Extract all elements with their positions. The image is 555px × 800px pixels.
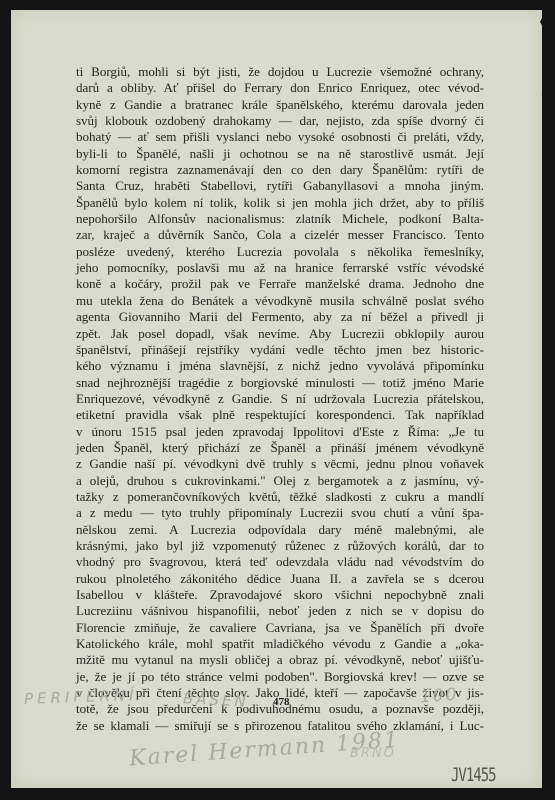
text-line: španělství, přinášejí rejstříky vydání v… xyxy=(76,342,484,358)
text-line: zpět. Jak posel dopadl, však nevíme. Aby… xyxy=(76,326,484,342)
page-number: 478 xyxy=(273,696,290,708)
text-line: koně a kočáry, prožil pak ve Ferraře man… xyxy=(76,276,484,292)
text-line: Katolického krále, mohl spatřit mladičké… xyxy=(76,636,484,652)
text-line: etiketní pravidla však plně respektující… xyxy=(76,407,484,423)
text-line: ti Borgiů, mohli si být jisti, že dojdou… xyxy=(76,64,484,80)
text-line: kého významu i jména slavnější, z nichž … xyxy=(76,358,484,374)
text-line: a olejů, druhou s cukrovinkami." Olej z … xyxy=(76,473,484,489)
text-line: a z medu — tyto truhly připomínaly Lucre… xyxy=(76,505,484,521)
text-line: byli-li to Španělé, našli ji ochotnou se… xyxy=(76,146,484,162)
text-line: z Gandie naší pí. vévodkyni dvě truhly s… xyxy=(76,456,484,472)
text-line: jeho pomocníky, poslavši mu až na hranic… xyxy=(76,260,484,276)
text-line: Santa Cruz, hraběti Stabellovi, rytíři G… xyxy=(76,178,484,194)
text-line: Isabellou v klášteře. Zpravodajové skoro… xyxy=(76,587,484,603)
text-line: vhodný pro švagrovou, která teď odevzdal… xyxy=(76,554,484,570)
text-line: darů a obliby. Ať přišel do Ferrary don … xyxy=(76,80,484,96)
text-line: Enriquezové, vévodkyně z Gandie. S ní ud… xyxy=(76,391,484,407)
text-line: svůj klobouk ozdobený drahokamy — dar, n… xyxy=(76,113,484,129)
text-line: zar, kraječ a důvěrník Sančo, Cola a ciz… xyxy=(76,227,484,243)
archive-stamp: JV1455 xyxy=(451,766,496,787)
text-line: že se klamali — smiřují se s přirozenou … xyxy=(76,718,484,734)
text-line: jeden Španěl, který přichází ze Španěl a… xyxy=(76,440,484,456)
handwritten-title-right: BÁSEŇ xyxy=(183,689,250,710)
text-line: agenta Giovanniho Marii del Fermento, ab… xyxy=(76,309,484,325)
text-line: krásnými, jako byl již vzpomenutý růžene… xyxy=(76,538,484,554)
text-line: mu utekla žena do Benátek a vévodkyně mu… xyxy=(76,293,484,309)
text-line: Španělů bylo kolem ní tolik, kolik si je… xyxy=(76,195,484,211)
text-line: bohatý — ať sem přišli vyslanci nebo vys… xyxy=(76,129,484,145)
text-line: v únoru 1515 psal jeden zpravodaj Ippoli… xyxy=(76,424,484,440)
faint-pencil-note: BRNO xyxy=(350,746,396,761)
text-line: nepohoršilo Alfonsův nacionalismus: zlat… xyxy=(76,211,484,227)
text-line: tažky z pomerančovníkových květů, těžké … xyxy=(76,489,484,505)
text-line: Lucreziinu vášnivou hispanofilii, neboť … xyxy=(76,603,484,619)
text-line: rukou plnoletého zákonitého dědice Juana… xyxy=(76,571,484,587)
text-line: kyně z Gandie a bratranec krále španělsk… xyxy=(76,97,484,113)
text-line: Florencie zmiňuje, že cavaliere Cavriana… xyxy=(76,620,484,636)
handwritten-number: 100 xyxy=(419,685,459,708)
text-line: snad nejhroznější tragédie z borgiovské … xyxy=(76,375,484,391)
scanned-page: ti Borgiů, mohli si být jisti, že dojdou… xyxy=(11,10,542,788)
text-line: posléze uvedený, kterého Lucrezia povola… xyxy=(76,244,484,260)
text-line: mžitě mu vytanul na mysli obličej a obra… xyxy=(76,652,484,668)
text-line: komorní registra zaznamenávají den co de… xyxy=(76,162,484,178)
text-line: je, že je jí po této stránce velmi podob… xyxy=(76,669,484,685)
text-line: nělskou zemi. A Lucrezia odpovídala dary… xyxy=(76,522,484,538)
body-text: ti Borgiů, mohli si být jisti, že dojdou… xyxy=(76,64,484,734)
